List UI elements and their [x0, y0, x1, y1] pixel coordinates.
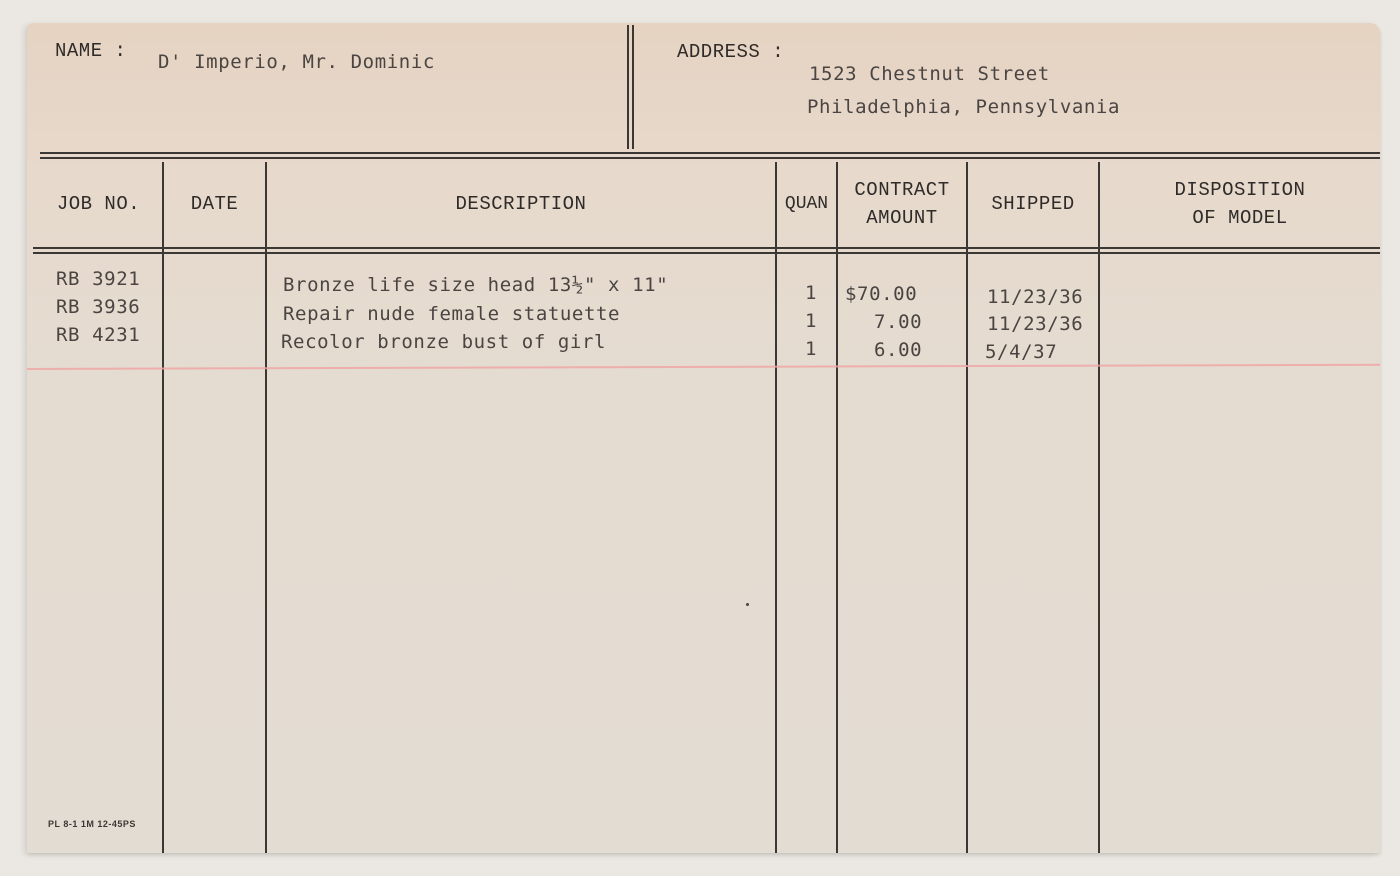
header-divider-right	[632, 25, 634, 149]
address-line-1: 1523 Chestnut Street	[809, 63, 1050, 85]
header-date: DATE	[164, 190, 265, 218]
form-code: PL 8-1 1M 12-45PS	[48, 819, 136, 829]
col-line-amount-shipped	[966, 162, 968, 853]
header-job-no: JOB NO.	[35, 190, 162, 218]
header-divider-left	[627, 25, 629, 149]
name-value: D' Imperio, Mr. Dominic	[158, 51, 435, 73]
address-label: ADDRESS :	[677, 41, 784, 63]
job-no-cell: RB 3936	[56, 296, 140, 318]
index-card: NAME : D' Imperio, Mr. Dominic ADDRESS :…	[27, 23, 1380, 853]
quan-cell: 1	[805, 338, 817, 360]
job-no-cell: RB 4231	[56, 324, 140, 346]
header-disposition-line1: DISPOSITION	[1100, 176, 1380, 204]
header-disposition-line2: OF MODEL	[1100, 204, 1380, 232]
header-contract-amount-line2: AMOUNT	[838, 204, 966, 232]
shipped-cell: 5/4/37	[985, 341, 1057, 363]
header-rule-2	[33, 252, 1380, 254]
description-cell: Bronze life size head 13½" x 11"	[283, 274, 668, 296]
quan-cell: 1	[805, 310, 817, 332]
header-disposition: DISPOSITION OF MODEL	[1100, 176, 1380, 232]
top-rule-2	[40, 157, 1380, 159]
amount-cell: 7.00	[874, 311, 922, 333]
amount-cell: 6.00	[874, 339, 922, 361]
header-description: DESCRIPTION	[267, 190, 775, 218]
header-shipped: SHIPPED	[968, 190, 1098, 218]
header-contract-amount-line1: CONTRACT	[838, 176, 966, 204]
description-cell: Repair nude female statuette	[283, 303, 620, 325]
col-line-desc-quan	[775, 162, 777, 853]
shipped-cell: 11/23/36	[987, 313, 1083, 335]
job-no-cell: RB 3921	[56, 268, 140, 290]
red-rule-line	[27, 364, 1380, 370]
header-rule-1	[33, 247, 1380, 249]
address-line-2: Philadelphia, Pennsylvania	[807, 96, 1120, 118]
top-rule-1	[40, 152, 1380, 154]
description-cell: Recolor bronze bust of girl	[281, 331, 606, 353]
quan-cell: 1	[805, 282, 817, 304]
amount-cell: $70.00	[845, 283, 917, 305]
col-line-shipped-disposition	[1098, 162, 1100, 853]
ink-speck	[746, 603, 749, 606]
header-quan: QUAN	[777, 190, 836, 218]
header-contract-amount: CONTRACT AMOUNT	[838, 176, 966, 232]
col-line-date-desc	[265, 162, 267, 853]
col-line-quan-amount	[836, 162, 838, 853]
name-label: NAME :	[55, 40, 126, 62]
shipped-cell: 11/23/36	[987, 286, 1083, 308]
col-line-job-date	[162, 162, 164, 853]
